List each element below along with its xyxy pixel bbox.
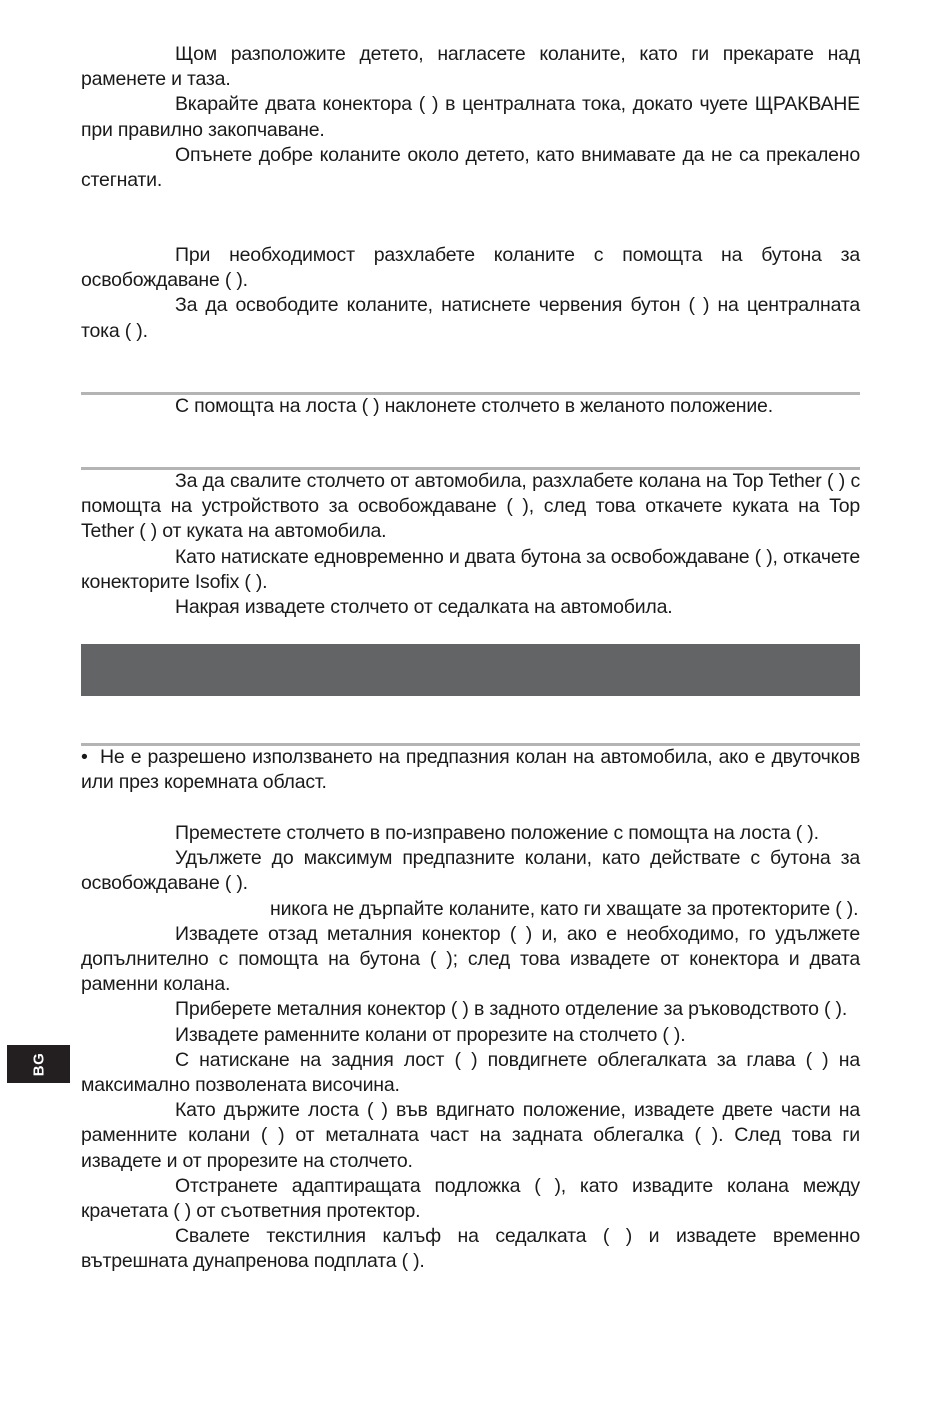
- paragraph: За да освободите коланите, натиснете чер…: [81, 293, 860, 343]
- paragraph: Преместете столчето в по-изправено полож…: [81, 821, 860, 846]
- section-heading-bar: [81, 644, 860, 696]
- section-warning: • Не е разрешено използването на предпаз…: [81, 745, 860, 795]
- paragraph: Като държите лоста ( ) във вдигнато поло…: [81, 1098, 860, 1174]
- paragraph: Вкарайте двата конектора ( ) в централна…: [81, 92, 860, 142]
- language-tab-label: BG: [30, 1052, 47, 1076]
- paragraph: Приберете металния конектор ( ) в заднот…: [81, 997, 860, 1022]
- paragraph: За да свалите столчето от автомобила, ра…: [81, 469, 860, 545]
- paragraph: С натискане на задния лост ( ) повдигнет…: [81, 1048, 860, 1098]
- bullet-paragraph: • Не е разрешено използването на предпаз…: [81, 745, 860, 795]
- bullet-icon: •: [81, 746, 88, 768]
- paragraph: Опънете добре коланите около детето, кат…: [81, 143, 860, 193]
- section-removal: За да свалите столчето от автомобила, ра…: [81, 469, 860, 620]
- bullet-text: Не е разрешено използването на предпазни…: [81, 746, 860, 793]
- paragraph: Накрая извадете столчето от седалката на…: [81, 595, 860, 620]
- section-fastening: Щом разположите детето, нагласете колани…: [81, 42, 860, 193]
- section-conversion-steps: Преместете столчето в по-изправено полож…: [81, 821, 860, 1275]
- paragraph: Отстранете адаптиращата подложка ( ), ка…: [81, 1174, 860, 1224]
- paragraph: Извадете раменните колани от прорезите н…: [81, 1023, 860, 1048]
- section-release-harness: При необходимост разхлабете коланите с п…: [81, 243, 860, 344]
- section-recline: С помощта на лоста ( ) наклонете столчет…: [81, 394, 860, 419]
- paragraph: Като натискате едновременно и двата буто…: [81, 545, 860, 595]
- paragraph: никога не дърпайте коланите, като ги хва…: [81, 897, 860, 922]
- paragraph: Свалете текстилния калъф на седалката ( …: [81, 1224, 860, 1274]
- paragraph: Удължете до максимум предпазните колани,…: [81, 846, 860, 896]
- language-tab: BG: [7, 1045, 70, 1083]
- paragraph: Извадете отзад металния конектор ( ) и, …: [81, 922, 860, 998]
- paragraph: С помощта на лоста ( ) наклонете столчет…: [81, 394, 860, 419]
- paragraph: При необходимост разхлабете коланите с п…: [81, 243, 860, 293]
- paragraph: Щом разположите детето, нагласете колани…: [81, 42, 860, 92]
